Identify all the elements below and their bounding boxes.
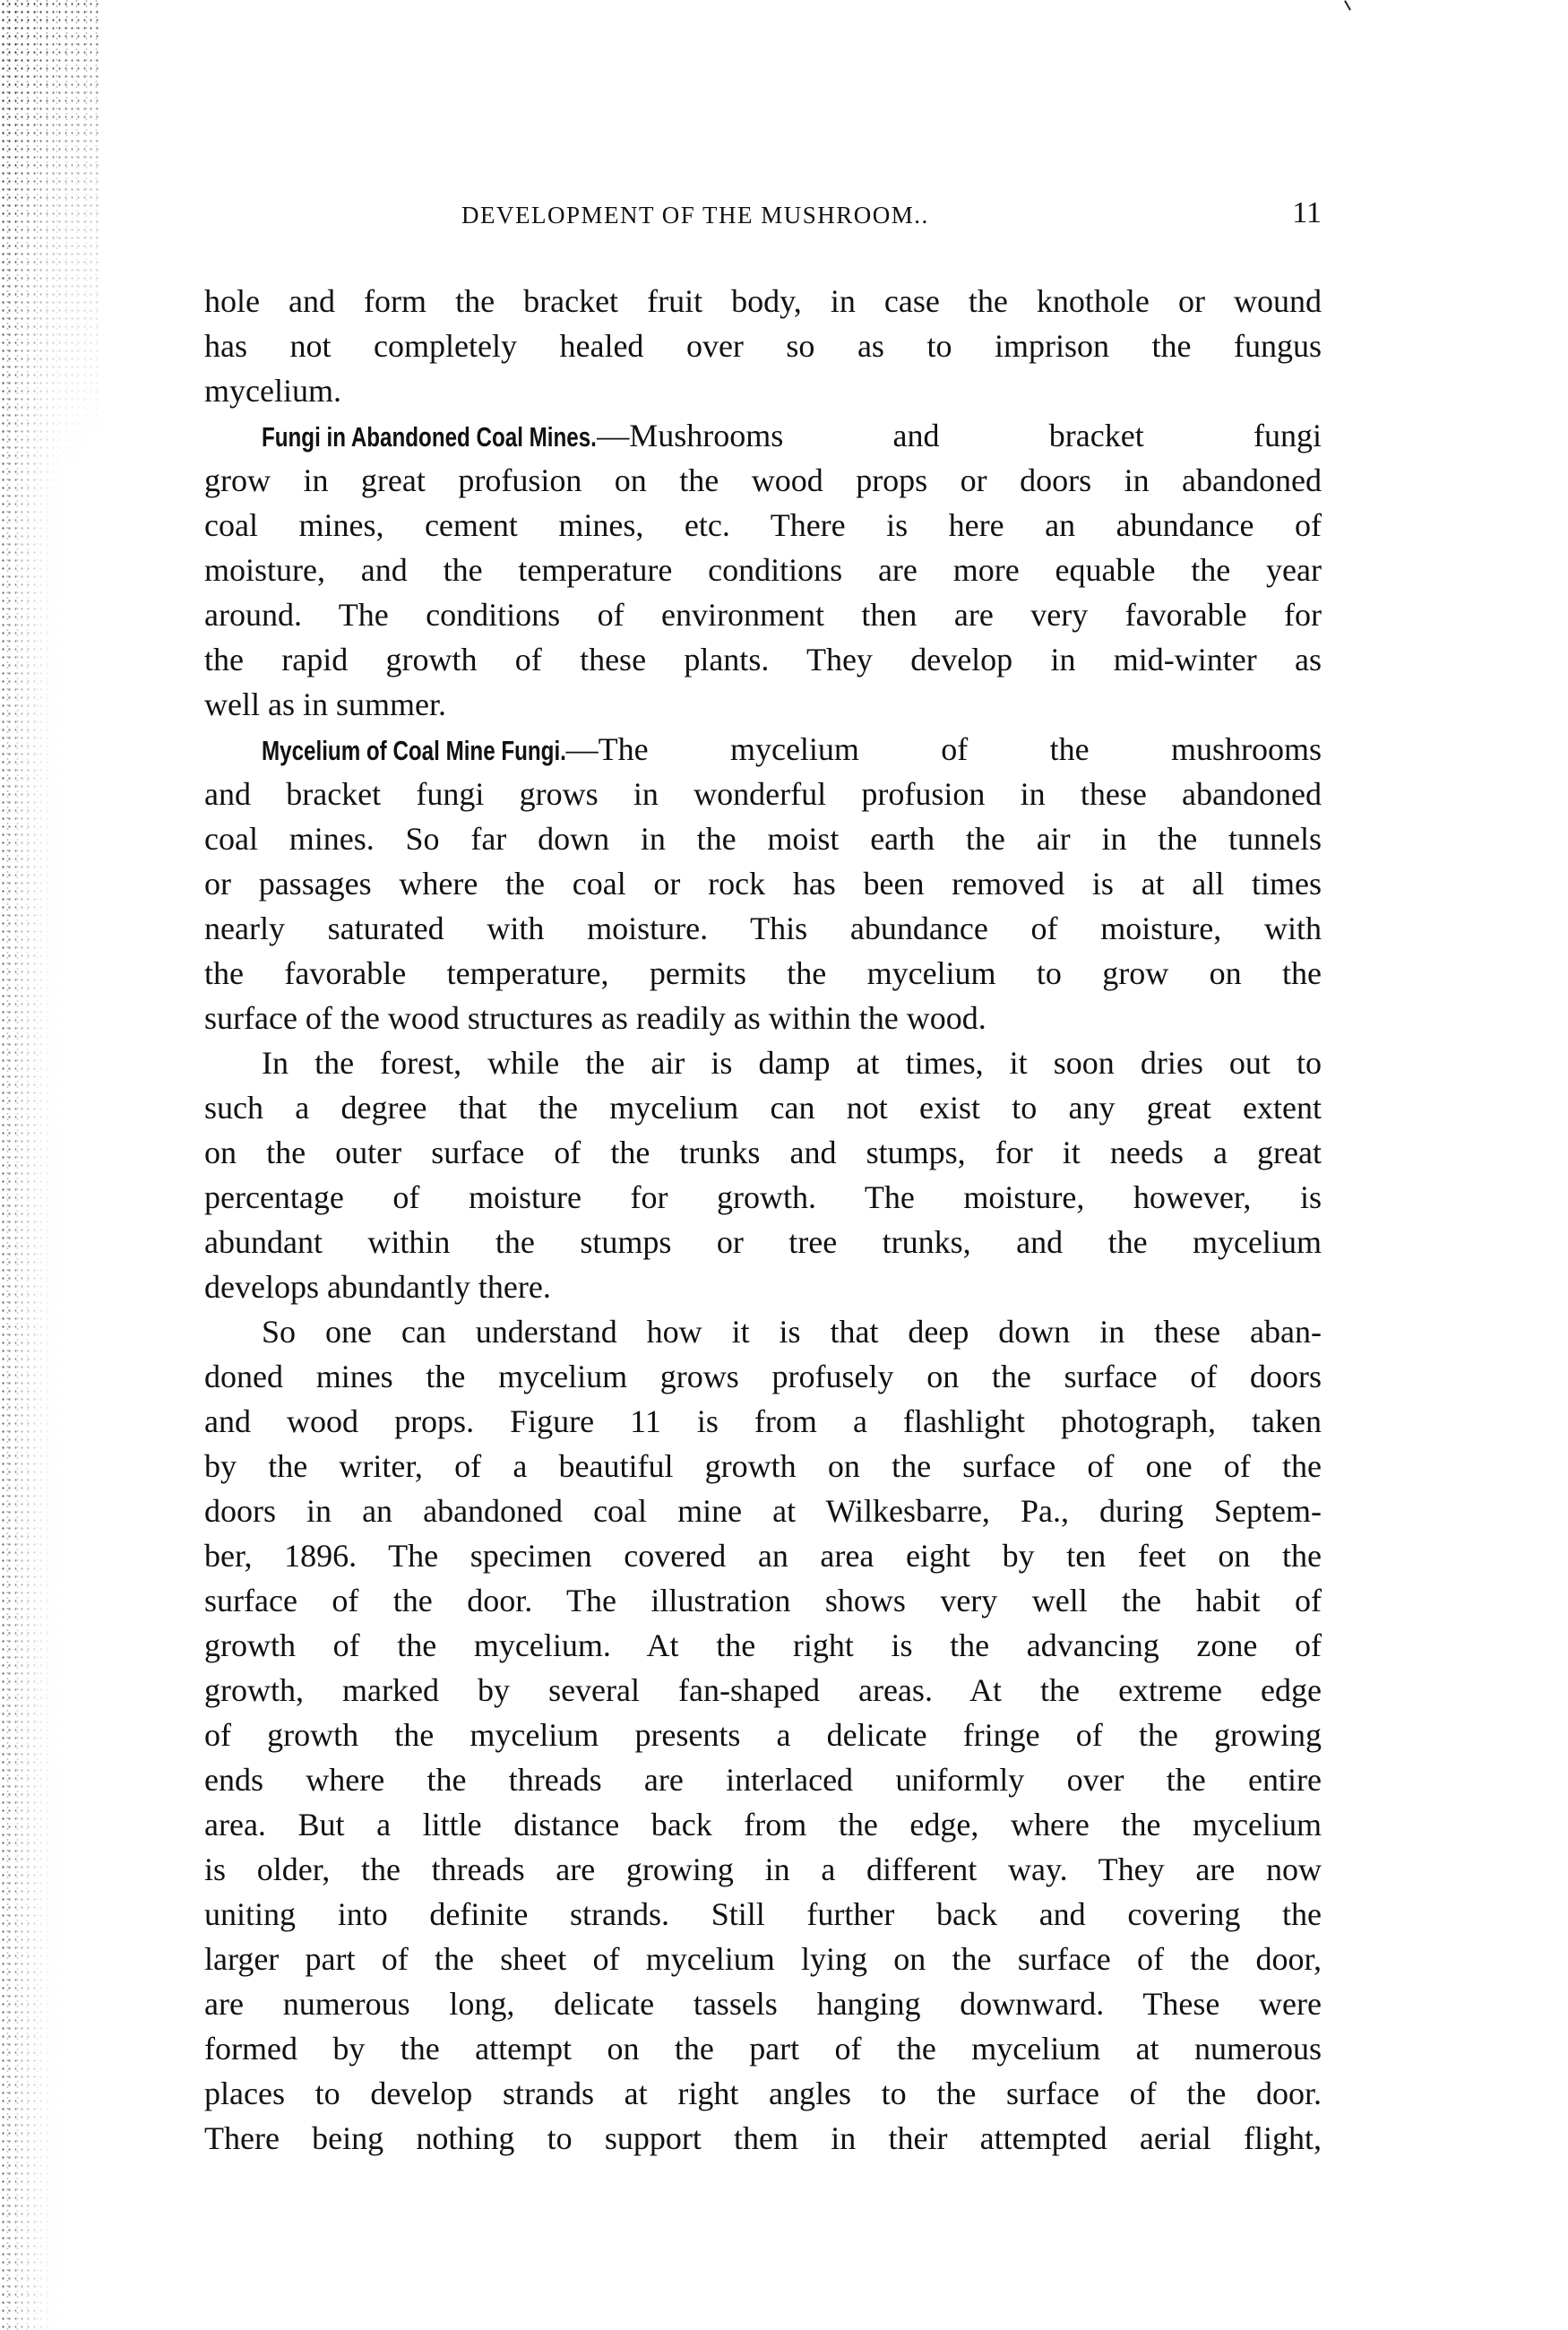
text-line: of growth the mycelium presents a delica… — [204, 1713, 1322, 1757]
text-line: are numerous long, delicate tassels hang… — [204, 1981, 1322, 2026]
text-line: ber, 1896. The specimen covered an area … — [204, 1533, 1322, 1578]
text-line: area. But a little distance back from th… — [204, 1802, 1322, 1847]
text-line: and wood props. Figure 11 is from a flas… — [204, 1399, 1322, 1444]
text-line: surface of the door. The illustration sh… — [204, 1578, 1322, 1623]
text-line: coal mines. So far down in the moist ear… — [204, 816, 1322, 861]
text-line: nearly saturated with moisture. This abu… — [204, 906, 1322, 951]
text-line: grow in great profusion on the wood prop… — [204, 458, 1322, 503]
text-line: the favorable temperature, permits the m… — [204, 951, 1322, 996]
text-line: larger part of the sheet of mycelium lyi… — [204, 1937, 1322, 1981]
text-line: places to develop strands at right angle… — [204, 2071, 1322, 2116]
running-head: DEVELOPMENT OF THE MUSHROOM.. 11 — [204, 199, 1322, 235]
text-line: the rapid growth of these plants. They d… — [204, 637, 1322, 682]
text-line: growth, marked by several fan-shaped are… — [204, 1668, 1322, 1713]
run-in-heading: Fungi in Abandoned Coal Mines. — [262, 415, 597, 460]
paragraph-heading-line: Fungi in Abandoned Coal Mines.—Mushrooms… — [204, 413, 1322, 458]
text-line: So one can understand how it is that dee… — [204, 1309, 1322, 1354]
text-line: abundant within the stumps or tree trunk… — [204, 1220, 1322, 1264]
text-line: percentage of moisture for growth. The m… — [204, 1175, 1322, 1220]
text-line: develops abundantly there. — [204, 1264, 1322, 1309]
text-line: There being nothing to support them in t… — [204, 2116, 1322, 2161]
text-line: such a degree that the mycelium can not … — [204, 1085, 1322, 1130]
page-number: 11 — [1292, 197, 1322, 229]
text-line: or passages where the coal or rock has b… — [204, 861, 1322, 906]
text-line: formed by the attempt on the part of the… — [204, 2026, 1322, 2071]
text-line: doned mines the mycelium grows profusely… — [204, 1354, 1322, 1399]
paragraph-heading-line: Mycelium of Coal Mine Fungi.—The myceliu… — [204, 727, 1322, 772]
text-line: doors in an abandoned coal mine at Wilke… — [204, 1489, 1322, 1533]
text-line: and bracket fungi grows in wonderful pro… — [204, 772, 1322, 816]
text-line: ends where the threads are interlaced un… — [204, 1757, 1322, 1802]
text-line: has not completely healed over so as to … — [204, 324, 1322, 368]
text-line: hole and form the bracket fruit body, in… — [204, 279, 1322, 324]
scan-edge-speckle-top — [0, 0, 99, 627]
body-text: hole and form the bracket fruit body, in… — [204, 279, 1322, 2161]
text-line: around. The conditions of environment th… — [204, 592, 1322, 637]
line-text: —The mycelium of the mushrooms — [566, 727, 1322, 772]
text-line: uniting into definite strands. Still fur… — [204, 1892, 1322, 1937]
running-title: DEVELOPMENT OF THE MUSHROOM.. — [461, 199, 929, 231]
text-line: on the outer surface of the trunks and s… — [204, 1130, 1322, 1175]
text-line: surface of the wood structures as readil… — [204, 996, 1322, 1040]
text-line: mycelium. — [204, 368, 1322, 413]
text-line: well as in summer. — [204, 682, 1322, 727]
text-line: growth of the mycelium. At the right is … — [204, 1623, 1322, 1668]
scan-mark — [1344, 0, 1351, 10]
text-line: moisture, and the temperature conditions… — [204, 548, 1322, 592]
text-line: In the forest, while the air is damp at … — [204, 1040, 1322, 1085]
line-text: —Mushrooms and bracket fungi — [597, 413, 1322, 458]
text-line: coal mines, cement mines, etc. There is … — [204, 503, 1322, 548]
text-line: is older, the threads are growing in a d… — [204, 1847, 1322, 1892]
text-line: by the writer, of a beautiful growth on … — [204, 1444, 1322, 1489]
run-in-heading: Mycelium of Coal Mine Fungi. — [262, 729, 566, 773]
